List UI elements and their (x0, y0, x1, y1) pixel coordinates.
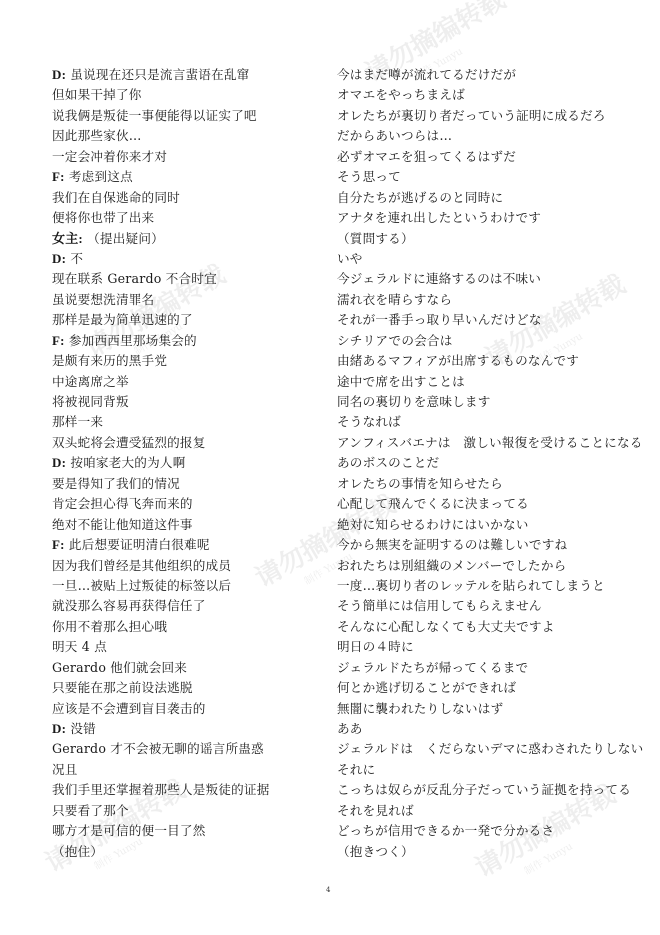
dialogue-line: F: 参加西西里那场集会的 (52, 331, 332, 351)
dialogue-line: 一度…裏切り者のレッテルを貼られてしまうと (337, 576, 637, 596)
dialogue-line: D: 按咱家老大的为人啊 (52, 453, 332, 473)
dialogue-line: 是颇有来历的黑手党 (52, 351, 332, 371)
dialogue-line: そう簡単には信用してもらえません (337, 596, 637, 616)
dialogue-line: 同名の裏切りを意味します (337, 392, 637, 412)
dialogue-line: F: 考虑到这点 (52, 167, 332, 187)
dialogue-line: 濡れ衣を晴らすなら (337, 290, 637, 310)
dialogue-line: だからあいつらは… (337, 126, 637, 146)
dialogue-line: あのボスのことだ (337, 453, 637, 473)
dialogue-line: 哪方才是可信的便一目了然 (52, 821, 332, 841)
dialogue-line: ああ (337, 719, 637, 739)
dialogue-line: 心配して飛んでくるに決まってる (337, 494, 637, 514)
dialogue-text: （抱住） (52, 844, 103, 859)
japanese-original-column: 今はまだ噂が流れてるだけだがオマエをやっちまえばオレたちが裏切り者だっていう証明… (337, 65, 637, 862)
speaker-label: D: (52, 721, 66, 736)
dialogue-line: 一旦…被贴上过叛徒的标签以后 (52, 576, 332, 596)
dialogue-text: Gerardo 他们就会回来 (52, 660, 187, 675)
dialogue-text: Gerardo 才不会被无聊的谣言所蛊惑 (52, 741, 264, 756)
dialogue-line: D: 没错 (52, 719, 332, 739)
dialogue-text: 按咱家老大的为人啊 (70, 455, 185, 470)
dialogue-text: 我们在自保逃命的同时 (52, 190, 180, 205)
dialogue-text: 哪方才是可信的便一目了然 (52, 823, 206, 838)
dialogue-line: アンフィスバエナは 激しい報復を受けることになる (337, 433, 637, 453)
dialogue-text: 中途离席之举 (52, 374, 129, 389)
dialogue-line: 必ずオマエを狙ってくるはずだ (337, 147, 637, 167)
dialogue-text: 绝对不能让他知道这件事 (52, 517, 193, 532)
speaker-label: 女主: (52, 231, 83, 246)
dialogue-line: いや (337, 249, 637, 269)
dialogue-text: 一旦…被贴上过叛徒的标签以后 (52, 578, 231, 593)
dialogue-line: 那样是最为简单迅速的了 (52, 310, 332, 330)
dialogue-line: ジェラルドたちが帰ってくるまで (337, 658, 637, 678)
dialogue-line: 何とか逃げ切ることができれば (337, 678, 637, 698)
dialogue-line: （抱きつく） (337, 842, 637, 862)
dialogue-line: おれたちは別組織のメンバーでしたから (337, 556, 637, 576)
dialogue-line: オレたちの事情を知らせたら (337, 474, 637, 494)
dialogue-line: それが一番手っ取り早いんだけどな (337, 310, 637, 330)
document-page: 请勿摘编转载制作 Yunyu 请勿摘编转载制作 Yunyu 请勿摘编转载制作 Y… (0, 0, 660, 935)
dialogue-line: 今ジェラルドに連絡するのは不味い (337, 269, 637, 289)
dialogue-line: D: 虽说现在还只是流言蜚语在乱窜 (52, 65, 332, 85)
dialogue-text: 但如果干掉了你 (52, 87, 142, 102)
dialogue-line: Gerardo 他们就会回来 (52, 658, 332, 678)
dialogue-text: （提出疑问） (87, 231, 164, 246)
dialogue-line: シチリアでの会合は (337, 331, 637, 351)
dialogue-line: 我们手里还掌握着那些人是叛徒的证据 (52, 780, 332, 800)
dialogue-line: そんなに心配しなくても大丈夫ですよ (337, 617, 637, 637)
dialogue-line: 明天 4 点 (52, 637, 332, 657)
dialogue-line: 肯定会担心得飞奔而来的 (52, 494, 332, 514)
dialogue-line: どっちが信用できるか一発で分かるさ (337, 821, 637, 841)
dialogue-line: 中途离席之举 (52, 372, 332, 392)
dialogue-text: 一定会冲着你来才对 (52, 149, 167, 164)
dialogue-line: 一定会冲着你来才对 (52, 147, 332, 167)
dialogue-text: 因此那些家伙… (52, 128, 142, 143)
dialogue-text: 明天 4 点 (52, 639, 107, 654)
dialogue-line: 只要看了那个 (52, 801, 332, 821)
dialogue-line: そうなれば (337, 412, 637, 432)
dialogue-line: ジェラルドは くだらないデマに惑わされたりしない (337, 739, 637, 759)
speaker-label: D: (52, 67, 66, 82)
dialogue-text: 你用不着那么担心哦 (52, 619, 167, 634)
dialogue-line: オレたちが裏切り者だっていう証明に成るだろ (337, 106, 637, 126)
dialogue-line: そう思って (337, 167, 637, 187)
dialogue-line: 便将你也带了出来 (52, 208, 332, 228)
dialogue-text: 只要能在那之前设法逃脱 (52, 680, 193, 695)
dialogue-line: D: 不 (52, 249, 332, 269)
speaker-label: D: (52, 455, 66, 470)
dialogue-text: 不 (70, 251, 83, 266)
dialogue-line: 要是得知了我们的情况 (52, 474, 332, 494)
dialogue-text: 此后想要证明清白很难呢 (69, 537, 210, 552)
dialogue-text: 虽说要想洗清罪名 (52, 292, 154, 307)
dialogue-text: 那样一来 (52, 414, 103, 429)
speaker-label: F: (52, 169, 65, 184)
dialogue-text: 考虑到这点 (69, 169, 133, 184)
dialogue-text: 双头蛇将会遭受猛烈的报复 (52, 435, 206, 450)
dialogue-text: 我们手里还掌握着那些人是叛徒的证据 (52, 782, 270, 797)
dialogue-text: 就没那么容易再获得信任了 (52, 598, 206, 613)
dialogue-line: 那样一来 (52, 412, 332, 432)
dialogue-text: 只要看了那个 (52, 803, 129, 818)
dialogue-line: 自分たちが逃げるのと同時に (337, 188, 637, 208)
dialogue-line: 说我俩是叛徒一事便能得以证实了吧 (52, 106, 332, 126)
dialogue-text: 便将你也带了出来 (52, 210, 154, 225)
dialogue-line: 但如果干掉了你 (52, 85, 332, 105)
dialogue-line: 今はまだ噂が流れてるだけだが (337, 65, 637, 85)
dialogue-line: それを見れば (337, 801, 637, 821)
dialogue-line: （抱住） (52, 842, 332, 862)
dialogue-line: 途中で席を出すことは (337, 372, 637, 392)
dialogue-line: 只要能在那之前设法逃脱 (52, 678, 332, 698)
dialogue-text: 要是得知了我们的情况 (52, 476, 180, 491)
speaker-label: F: (52, 333, 65, 348)
dialogue-line: 絶対に知らせるわけにはいかない (337, 515, 637, 535)
dialogue-text: 肯定会担心得飞奔而来的 (52, 496, 193, 511)
dialogue-text: 那样是最为简单迅速的了 (52, 312, 193, 327)
dialogue-text: 将被视同背叛 (52, 394, 129, 409)
dialogue-line: 無闇に襲われたりしないはず (337, 699, 637, 719)
dialogue-text: 参加西西里那场集会的 (69, 333, 197, 348)
dialogue-text: 因为我们曾经是其他组织的成员 (52, 558, 231, 573)
dialogue-line: 因为我们曾经是其他组织的成员 (52, 556, 332, 576)
dialogue-text: 虽说现在还只是流言蜚语在乱窜 (70, 67, 249, 82)
dialogue-line: （質問する） (337, 229, 637, 249)
dialogue-line: 应该是不会遭到盲目袭击的 (52, 699, 332, 719)
dialogue-line: 女主: （提出疑问） (52, 229, 332, 249)
dialogue-line: 双头蛇将会遭受猛烈的报复 (52, 433, 332, 453)
dialogue-text: 是颇有来历的黑手党 (52, 353, 167, 368)
dialogue-text: 没错 (70, 721, 96, 736)
dialogue-line: 你用不着那么担心哦 (52, 617, 332, 637)
dialogue-line: オマエをやっちまえば (337, 85, 637, 105)
dialogue-line: Gerardo 才不会被无聊的谣言所蛊惑 (52, 739, 332, 759)
dialogue-line: こっちは奴らが反乱分子だっていう証拠を持ってる (337, 780, 637, 800)
dialogue-line: 由緒あるマフィアが出席するものなんです (337, 351, 637, 371)
dialogue-text: 说我俩是叛徒一事便能得以证实了吧 (52, 108, 257, 123)
dialogue-line: 今から無実を証明するのは難しいですね (337, 535, 637, 555)
dialogue-line: 就没那么容易再获得信任了 (52, 596, 332, 616)
dialogue-line: 虽说要想洗清罪名 (52, 290, 332, 310)
chinese-translation-column: D: 虽说现在还只是流言蜚语在乱窜但如果干掉了你说我俩是叛徒一事便能得以证实了吧… (52, 65, 332, 862)
dialogue-text: 况且 (52, 762, 78, 777)
dialogue-line: F: 此后想要证明清白很难呢 (52, 535, 332, 555)
page-number: 4 (326, 886, 330, 894)
dialogue-line: 现在联系 Gerardo 不合时宜 (52, 269, 332, 289)
dialogue-line: それに (337, 760, 637, 780)
dialogue-line: 我们在自保逃命的同时 (52, 188, 332, 208)
dialogue-text: 应该是不会遭到盲目袭击的 (52, 701, 206, 716)
dialogue-text: 现在联系 Gerardo 不合时宜 (52, 271, 217, 286)
dialogue-line: 明日の４時に (337, 637, 637, 657)
speaker-label: D: (52, 251, 66, 266)
dialogue-line: 因此那些家伙… (52, 126, 332, 146)
dialogue-line: 绝对不能让他知道这件事 (52, 515, 332, 535)
dialogue-line: アナタを連れ出したというわけです (337, 208, 637, 228)
speaker-label: F: (52, 537, 65, 552)
dialogue-line: 况且 (52, 760, 332, 780)
dialogue-line: 将被视同背叛 (52, 392, 332, 412)
